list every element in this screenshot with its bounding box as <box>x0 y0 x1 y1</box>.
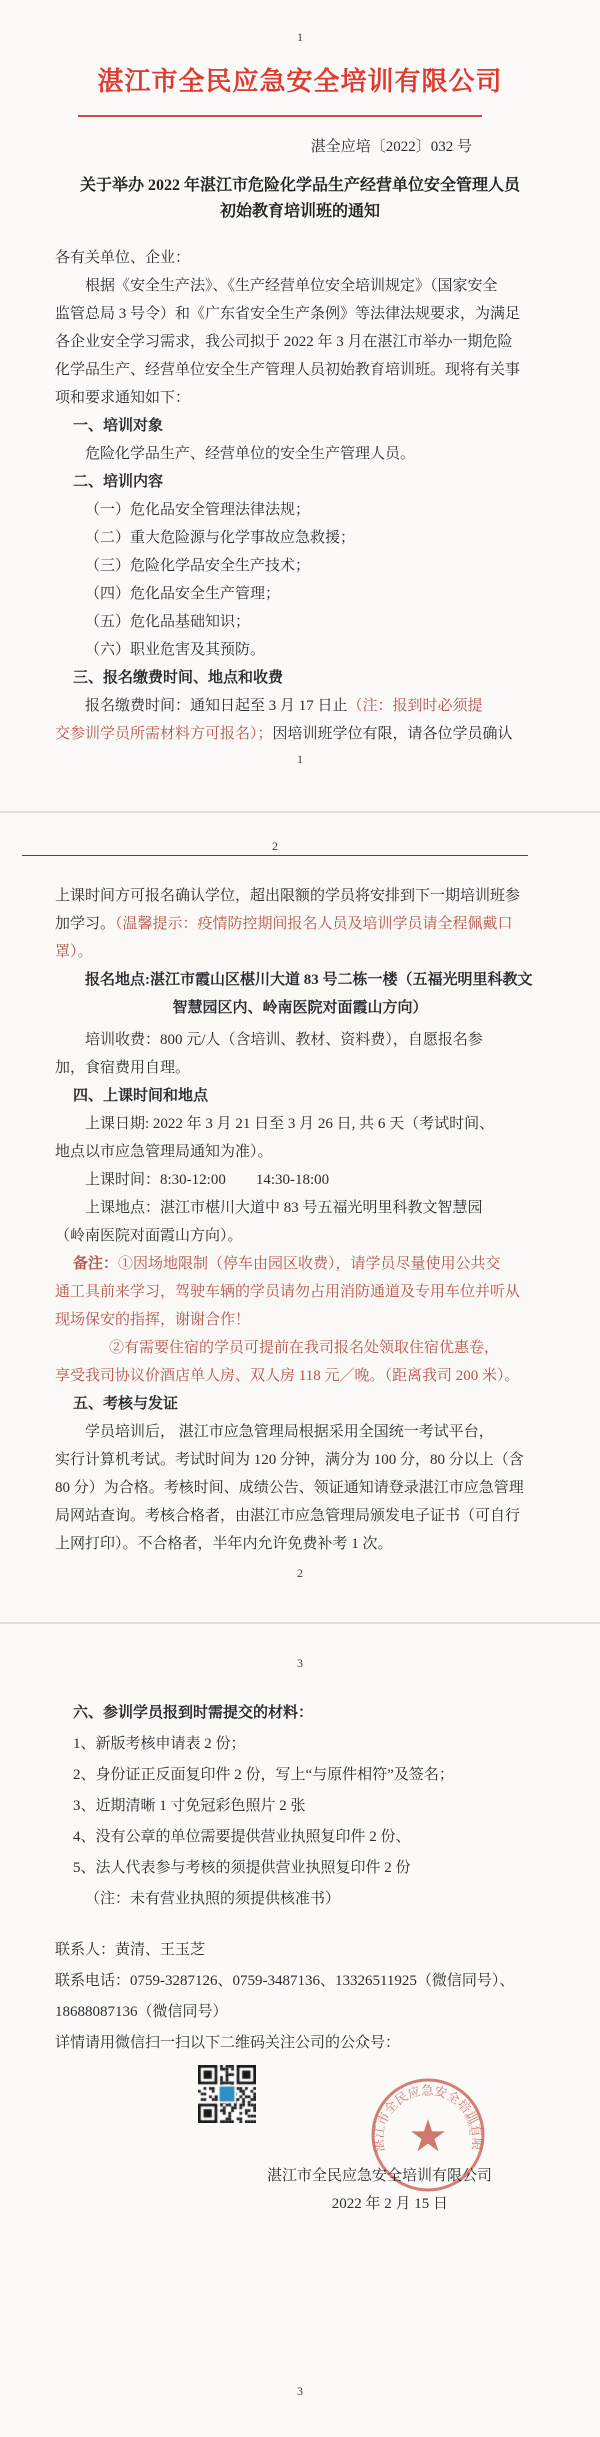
text-segment: 报名缴费时间：通知日起至 3 月 17 日止 <box>85 698 348 714</box>
text-segment: （注：报到时必须提 <box>348 698 483 714</box>
text-segment: 罩）。 <box>55 944 93 960</box>
text-segment: 上课地点：湛江市椹川大道中 83 号五福光明里科教文智慧园 <box>85 1200 483 1216</box>
text-segment: 实行计算机考试。考试时间为 120 分钟，满分为 100 分，80 分以上（含 <box>55 1452 524 1468</box>
text-segment: 通工具前来学习，驾驶车辆的学员请勿占用消防通道及专用车位并听从 <box>55 1284 520 1300</box>
page-number-top: 3 <box>0 1624 600 1670</box>
text-segment: 学员培训后， 湛江市应急管理局根据采用全国统一考试平台， <box>85 1424 494 1440</box>
company-letterhead-title: 湛江市全民应急安全培训有限公司 <box>0 64 600 100</box>
text-line: 实行计算机考试。考试时间为 120 分钟，满分为 100 分，80 分以上（含 <box>55 1446 545 1474</box>
document-number: 湛全应培〔2022〕032 号 <box>0 139 600 156</box>
text-segment: 上课日期: 2022 年 3 月 21 日至 3 月 26 日, 共 6 天（考… <box>85 1116 494 1132</box>
text-line: 各企业安全学习需求，我公司拟于 2022 年 3 月在湛江市举办一期危险 <box>55 328 545 356</box>
page-number-top: 1 <box>0 0 600 44</box>
text-segment: ②有需要住宿的学员可提前在我司报名处领取住宿优惠卷， <box>109 1340 499 1356</box>
text-line: （二）重大危险源与化学事故应急救援； <box>55 524 545 552</box>
text-segment: 4、没有公章的单位需要提供营业执照复印件 2 份、 <box>73 1829 411 1845</box>
signature-company: 湛江市全民应急安全培训有限公司 <box>0 2167 600 2186</box>
text-segment: 局网站查询。考核合格者，由湛江市应急管理局颁发电子证书（可自行 <box>55 1508 520 1524</box>
notice-title-line-2: 初始教育培训班的通知 <box>0 199 600 225</box>
text-line: 上课地点：湛江市椹川大道中 83 号五福光明里科教文智慧园 <box>55 1194 545 1222</box>
text-segment: 项和要求通知如下： <box>55 390 190 406</box>
page-2: 2 上课时间方可报名确认学位，超出限额的学员将安排到下一期培训班参加学习。（温馨… <box>0 811 600 1622</box>
text-line: 各有关单位、企业： <box>55 244 545 272</box>
text-segment: 加学习。 <box>55 916 115 932</box>
qr-code-image <box>198 2065 256 2123</box>
text-segment: 一、培训对象 <box>73 418 163 434</box>
text-line: 80 分）为合格。考核时间、成绩公告、领证通知请登录湛江市应急管理 <box>55 1474 545 1502</box>
page-3: 3 六、参训学员报到时需提交的材料：1、新版考核申请表 2 份；2、身份证正反面… <box>0 1622 600 2437</box>
text-segment: 详情请用微信扫一扫以下二维码关注公司的公众号： <box>55 2035 400 2051</box>
text-line: （四）危化品安全生产管理； <box>55 580 545 608</box>
text-segment: 3、近期清晰 1 寸免冠彩色照片 2 张 <box>73 1798 306 1814</box>
text-line: 交参训学员所需材料方可报名）；因培训班学位有限，请各位学员确认 <box>55 720 545 748</box>
text-segment: 联系人：黄清、王玉芝 <box>55 1942 205 1958</box>
page-1-body: 各有关单位、企业：根据《安全生产法》、《生产经营单位安全培训规定》（国家安全监管… <box>0 244 600 748</box>
text-segment: 交参训学员所需材料方可报名）； <box>55 726 273 742</box>
scanned-notice-document: 1 湛江市全民应急安全培训有限公司 湛全应培〔2022〕032 号 关于举办 2… <box>0 0 600 2437</box>
text-segment: 现场保安的指挥，谢谢合作！ <box>55 1312 250 1328</box>
text-segment: （三）危险化学品安全生产技术； <box>85 558 310 574</box>
text-line: 5、法人代表参与考核的须提供营业执照复印件 2 份 <box>55 1853 545 1884</box>
text-line: （五）危化品基础知识； <box>55 608 545 636</box>
text-line: 地点以市应急管理局通知为准）。 <box>55 1138 545 1166</box>
text-line: 3、近期清晰 1 寸免冠彩色照片 2 张 <box>55 1791 545 1822</box>
text-line: 4、没有公章的单位需要提供营业执照复印件 2 份、 <box>55 1822 545 1853</box>
text-segment: 四、上课时间和地点 <box>73 1088 208 1104</box>
text-segment: 18688087136（微信同号） <box>55 2004 228 2020</box>
text-line: 上课时间：8:30-12:00 14:30-18:00 <box>55 1166 545 1194</box>
text-line: 报名地点:湛江市霞山区椹川大道 83 号二栋一楼（五福光明里科教文 <box>55 966 545 994</box>
text-line: 监管总局 3 号令）和《广东省安全生产条例》等法律法规要求，为满足 <box>55 300 545 328</box>
text-segment: （五）危化品基础知识； <box>85 614 250 630</box>
text-segment: 1、新版考核申请表 2 份； <box>73 1736 246 1752</box>
text-segment: ①因场地限制（停车由园区收费），请学员尽量使用公共交 <box>118 1256 501 1272</box>
text-line: 联系电话：0759-3287126、0759-3487136、133265119… <box>55 1966 545 1997</box>
text-line: 报名缴费时间：通知日起至 3 月 17 日止（注：报到时必须提 <box>55 692 545 720</box>
notice-title-line-1: 关于举办 2022 年湛江市危险化学品生产经营单位安全管理人员 <box>0 173 600 199</box>
text-segment: 各有关单位、企业： <box>55 250 190 266</box>
page-number-bottom: 2 <box>0 1566 600 1580</box>
text-line: 二、培训内容 <box>55 468 545 496</box>
text-segment: 报名地点:湛江市霞山区椹川大道 83 号二栋一楼（五福光明里科教文 <box>85 972 533 988</box>
text-segment: 根据《安全生产法》、《生产经营单位安全培训规定》（国家安全 <box>85 278 498 294</box>
page-3-body: 六、参训学员报到时需提交的材料：1、新版考核申请表 2 份；2、身份证正反面复印… <box>0 1698 600 2059</box>
text-segment: 地点以市应急管理局通知为准）。 <box>55 1144 273 1160</box>
text-line: 备注：①因场地限制（停车由园区收费），请学员尽量使用公共交 <box>55 1250 545 1278</box>
text-segment: 监管总局 3 号令）和《广东省安全生产条例》等法律法规要求，为满足 <box>55 306 520 322</box>
text-segment: （温馨提示：疫情防控期间报名人员及培训学员请全程佩戴口 <box>115 916 513 932</box>
text-line: 上网打印）。不合格者，半年内允许免费补考 1 次。 <box>55 1530 545 1558</box>
text-segment: （注：未有营业执照的须提供核准书） <box>85 1891 340 1907</box>
official-seal: 湛江市全民应急安全培训有限公司 0240742 ★ <box>368 2075 488 2195</box>
text-line: 1、新版考核申请表 2 份； <box>55 1729 545 1760</box>
text-line: 学员培训后， 湛江市应急管理局根据采用全国统一考试平台， <box>55 1418 545 1446</box>
text-segment: （一）危化品安全管理法律法规； <box>85 502 310 518</box>
text-segment: （二）重大危险源与化学事故应急救援； <box>85 530 355 546</box>
text-segment: 加，食宿费用自理。 <box>55 1060 190 1076</box>
text-line: （三）危险化学品安全生产技术； <box>55 552 545 580</box>
text-line: ②有需要住宿的学员可提前在我司报名处领取住宿优惠卷， <box>55 1334 545 1362</box>
text-segment: 二、培训内容 <box>73 474 163 490</box>
text-segment: 各企业安全学习需求，我公司拟于 2022 年 3 月在湛江市举办一期危险 <box>55 334 513 350</box>
text-segment: 培训收费：800 元/人（含培训、教材、资料费），自愿报名参 <box>85 1032 483 1048</box>
text-line: 2、身份证正反面复印件 2 份，写上“与原件相符”及签名； <box>55 1760 545 1791</box>
text-line: 18688087136（微信同号） <box>55 1997 545 2028</box>
text-line: 项和要求通知如下： <box>55 384 545 412</box>
text-line: 培训收费：800 元/人（含培训、教材、资料费），自愿报名参 <box>55 1026 545 1054</box>
text-segment: 六、参训学员报到时需提交的材料： <box>73 1705 313 1721</box>
text-line: 加学习。（温馨提示：疫情防控期间报名人员及培训学员请全程佩戴口 <box>55 910 545 938</box>
text-line: 四、上课时间和地点 <box>55 1082 545 1110</box>
text-line: （注：未有营业执照的须提供核准书） <box>55 1884 545 1915</box>
text-line: 通工具前来学习，驾驶车辆的学员请勿占用消防通道及专用车位并听从 <box>55 1278 545 1306</box>
text-line: 局网站查询。考核合格者，由湛江市应急管理局颁发电子证书（可自行 <box>55 1502 545 1530</box>
text-line: （一）危化品安全管理法律法规； <box>55 496 545 524</box>
text-segment: 上课时间：8:30-12:00 14:30-18:00 <box>85 1172 329 1188</box>
text-line: 根据《安全生产法》、《生产经营单位安全培训规定》（国家安全 <box>55 272 545 300</box>
text-line: 现场保安的指挥，谢谢合作！ <box>55 1306 545 1334</box>
text-line: （岭南医院对面霞山方向）。 <box>55 1222 545 1250</box>
text-line: 六、参训学员报到时需提交的材料： <box>55 1698 545 1729</box>
text-segment: （四）危化品安全生产管理； <box>85 586 280 602</box>
text-line: 罩）。 <box>55 938 545 966</box>
text-segment: 联系电话：0759-3287126、0759-3487136、133265119… <box>55 1973 514 1989</box>
text-line: 化学品生产、经营单位安全生产管理人员初始教育培训班。现将有关事 <box>55 356 545 384</box>
text-segment: 智慧园区内、岭南医院对面霞山方向） <box>172 1000 427 1016</box>
text-line: 上课时间方可报名确认学位，超出限额的学员将安排到下一期培训班参 <box>55 882 545 910</box>
text-line: 三、报名缴费时间、地点和收费 <box>55 664 545 692</box>
text-segment: 享受我司协议价酒店单人房、双人房 118 元／晚。（距离我司 200 米）。 <box>55 1368 519 1384</box>
text-segment: 因培训班学位有限，请各位学员确认 <box>273 726 513 742</box>
seal-star-icon: ★ <box>408 2112 447 2161</box>
text-line: 上课日期: 2022 年 3 月 21 日至 3 月 26 日, 共 6 天（考… <box>55 1110 545 1138</box>
qr-code <box>198 2065 256 2123</box>
text-segment: 80 分）为合格。考核时间、成绩公告、领证通知请登录湛江市应急管理 <box>55 1480 524 1496</box>
page-number-bottom: 1 <box>0 752 600 766</box>
text-line: 危险化学品生产、经营单位的安全生产管理人员。 <box>55 440 545 468</box>
text-segment: 备注： <box>73 1256 118 1272</box>
notice-title: 关于举办 2022 年湛江市危险化学品生产经营单位安全管理人员 初始教育培训班的… <box>0 173 600 225</box>
text-segment: 上网打印）。不合格者，半年内允许免费补考 1 次。 <box>55 1536 393 1552</box>
text-line: 五、考核与发证 <box>55 1390 545 1418</box>
page-number-bottom: 3 <box>0 2384 600 2398</box>
text-segment: 三、报名缴费时间、地点和收费 <box>73 670 283 686</box>
text-line: （六）职业危害及其预防。 <box>55 636 545 664</box>
text-line: 详情请用微信扫一扫以下二维码关注公司的公众号： <box>55 2028 545 2059</box>
text-segment: 上课时间方可报名确认学位，超出限额的学员将安排到下一期培训班参 <box>55 888 520 904</box>
text-segment: 危险化学品生产、经营单位的安全生产管理人员。 <box>85 446 415 462</box>
text-segment: 五、考核与发证 <box>73 1396 178 1412</box>
text-segment: 5、法人代表参与考核的须提供营业执照复印件 2 份 <box>73 1860 411 1876</box>
text-segment: （岭南医院对面霞山方向）。 <box>55 1228 243 1244</box>
text-line: 享受我司协议价酒店单人房、双人房 118 元／晚。（距离我司 200 米）。 <box>55 1362 545 1390</box>
text-line: 一、培训对象 <box>55 412 545 440</box>
page-1: 1 湛江市全民应急安全培训有限公司 湛全应培〔2022〕032 号 关于举办 2… <box>0 0 600 811</box>
text-segment: 2、身份证正反面复印件 2 份，写上“与原件相符”及签名； <box>73 1767 454 1783</box>
text-segment: 化学品生产、经营单位安全生产管理人员初始教育培训班。现将有关事 <box>55 362 520 378</box>
letterhead-divider <box>78 115 482 117</box>
text-line: 智慧园区内、岭南医院对面霞山方向） <box>55 994 545 1022</box>
text-segment: （六）职业危害及其预防。 <box>85 642 265 658</box>
signature-date: 2022 年 2 月 15 日 <box>0 2195 600 2214</box>
page-2-body: 上课时间方可报名确认学位，超出限额的学员将安排到下一期培训班参加学习。（温馨提示… <box>0 882 600 1558</box>
text-line: 联系人：黄清、王玉芝 <box>55 1935 545 1966</box>
page-number-top: 2 <box>22 839 528 856</box>
text-line: 加，食宿费用自理。 <box>55 1054 545 1082</box>
